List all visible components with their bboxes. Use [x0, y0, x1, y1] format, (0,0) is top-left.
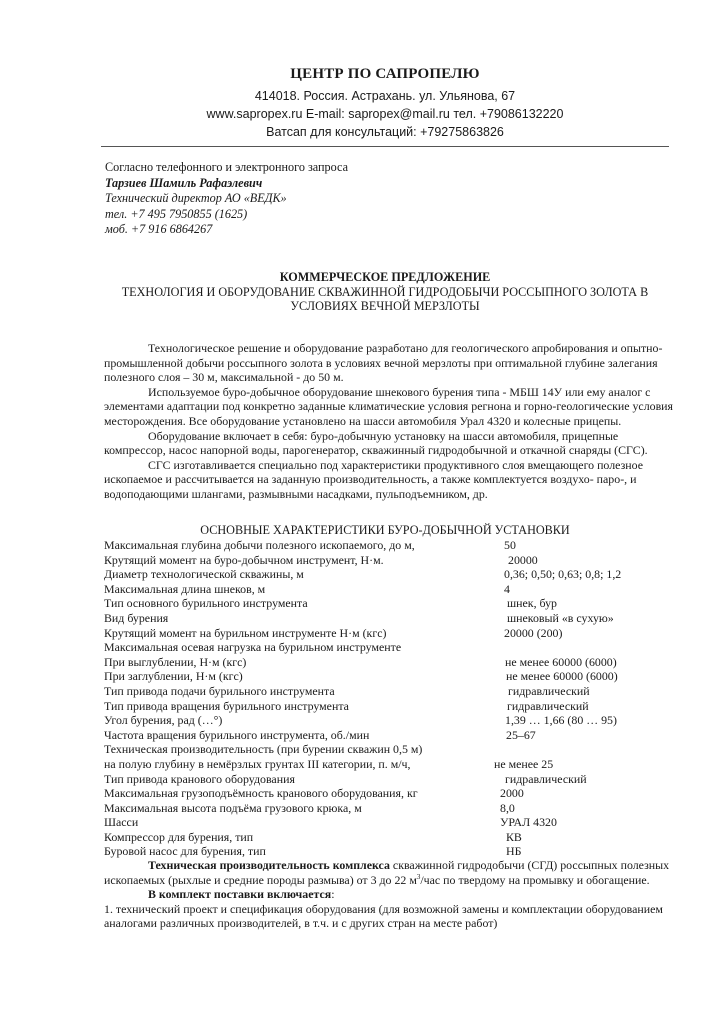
- spec-row: Тип привода кранового оборудованиягидрав…: [104, 772, 684, 787]
- specs-title: ОСНОВНЫЕ ХАРАКТЕРИСТИКИ БУРО-ДОБЫЧНОЙ УС…: [100, 523, 670, 538]
- spec-value: КВ: [506, 830, 522, 845]
- delivery-colon: :: [331, 887, 334, 901]
- spec-label: Тип привода кранового оборудования: [104, 772, 295, 787]
- spec-value: не менее 60000 (6000): [505, 655, 617, 670]
- org-address: 414018. Россия. Астрахань. ул. Ульянова,…: [100, 88, 670, 105]
- recipient-phone: тел. +7 495 7950855 (1625): [105, 207, 348, 223]
- spec-value: 8,0: [500, 801, 515, 816]
- spec-label: Максимальная осевая нагрузка на бурильно…: [104, 640, 401, 655]
- document-page: ЦЕНТР ПО САПРОПЕЛЮ 414018. Россия. Астра…: [0, 0, 724, 1024]
- spec-row: Максимальная осевая нагрузка на бурильно…: [104, 640, 684, 655]
- spec-value: 50: [504, 538, 516, 553]
- spec-row: Максимальная глубина добычи полезного ис…: [104, 538, 684, 553]
- spec-row: ШассиУРАЛ 4320: [104, 815, 684, 830]
- performance-lead: Техническая производительность комплекса: [148, 858, 390, 872]
- delivery-item-1: 1. технический проект и спецификация обо…: [104, 902, 680, 931]
- spec-row: Максимальная высота подъёма грузового кр…: [104, 801, 684, 816]
- org-title: ЦЕНТР ПО САПРОПЕЛЮ: [100, 66, 670, 83]
- spec-label: Крутящий момент на буро-добычном инструм…: [104, 553, 384, 568]
- closing-block: Техническая производительность комплекса…: [104, 858, 680, 931]
- spec-row: Угол бурения, рад (…°)1,39 … 1,66 (80 … …: [104, 713, 684, 728]
- spec-label: Частота вращения бурильного инструмента,…: [104, 728, 369, 743]
- recipient-name: Тарзиев Шамиль Рафаэлевич: [105, 176, 348, 192]
- spec-row: При выглублении, Н·м (кгс)не менее 60000…: [104, 655, 684, 670]
- recipient-mobile: моб. +7 916 6864267: [105, 222, 348, 238]
- spec-row: Частота вращения бурильного инструмента,…: [104, 728, 684, 743]
- spec-value: 20000: [508, 553, 538, 568]
- spec-value: 4: [504, 582, 510, 597]
- spec-value: УРАЛ 4320: [500, 815, 557, 830]
- spec-value: не менее 25: [494, 757, 553, 772]
- paragraph-sgs: СГС изготавливается специально под харак…: [104, 458, 680, 502]
- spec-row: Вид буренияшнековый «в сухую»: [104, 611, 684, 626]
- spec-label: Диаметр технологической скважины, м: [104, 567, 304, 582]
- spec-value: 0,36; 0,50; 0,63; 0,8; 1,2: [504, 567, 621, 582]
- delivery-heading: В комплект поставки включается: [148, 887, 331, 901]
- spec-label: Максимальная глубина добычи полезного ис…: [104, 538, 415, 553]
- spec-row: Техническая производительность (при буре…: [104, 742, 684, 757]
- paragraph-equipment-includes: Оборудование включает в себя: буро-добыч…: [104, 429, 680, 458]
- spec-row: Крутящий момент на буро-добычном инструм…: [104, 553, 684, 568]
- spec-value: гидравлический: [508, 684, 590, 699]
- org-contacts: www.sapropex.ru E-mail: sapropex@mail.ru…: [100, 106, 670, 123]
- offer-subtitle-line2: УСЛОВИЯХ ВЕЧНОЙ МЕРЗЛОТЫ: [100, 299, 670, 314]
- spec-label: Максимальная грузоподъёмность кранового …: [104, 786, 418, 801]
- performance-text-end: /час по твердому на промывку и обогащени…: [420, 873, 649, 887]
- spec-value: 2000: [500, 786, 524, 801]
- spec-label: Крутящий момент на бурильном инструменте…: [104, 626, 386, 641]
- spec-row: Диаметр технологической скважины, м0,36;…: [104, 567, 684, 582]
- spec-row: Буровой насос для бурения, типНБ: [104, 844, 684, 859]
- paragraph-equipment-type: Используемое буро-добычное оборудование …: [104, 385, 680, 429]
- spec-row: Тип привода подачи бурильного инструмент…: [104, 684, 684, 699]
- recipient-block: Согласно телефонного и электронного запр…: [105, 160, 348, 238]
- spec-row: на полую глубину в немёрзлых грунтах III…: [104, 757, 684, 772]
- spec-label: Техническая производительность (при буре…: [104, 742, 422, 757]
- spec-label: Шасси: [104, 815, 138, 830]
- spec-value: шнек, бур: [507, 596, 557, 611]
- spec-label: Вид бурения: [104, 611, 168, 626]
- spec-label: на полую глубину в немёрзлых грунтах III…: [104, 757, 410, 772]
- spec-label: Тип привода подачи бурильного инструмент…: [104, 684, 335, 699]
- spec-row: Тип привода вращения бурильного инструме…: [104, 699, 684, 714]
- specs-table: Максимальная глубина добычи полезного ис…: [104, 538, 684, 859]
- spec-label: Максимальная длина шнеков, м: [104, 582, 265, 597]
- performance-paragraph: Техническая производительность комплекса…: [104, 858, 680, 887]
- spec-label: Угол бурения, рад (…°): [104, 713, 222, 728]
- spec-value: не менее 60000 (6000): [506, 669, 618, 684]
- spec-label: Тип привода вращения бурильного инструме…: [104, 699, 349, 714]
- spec-value: НБ: [506, 844, 521, 859]
- spec-value: 20000 (200): [504, 626, 562, 641]
- spec-row: Максимальная длина шнеков, м4: [104, 582, 684, 597]
- spec-value: 1,39 … 1,66 (80 … 95): [505, 713, 617, 728]
- spec-row: При заглублении, Н·м (кгс)не менее 60000…: [104, 669, 684, 684]
- offer-heading: КОММЕРЧЕСКОЕ ПРЕДЛОЖЕНИЕ: [100, 270, 670, 285]
- spec-row: Крутящий момент на бурильном инструменте…: [104, 626, 684, 641]
- org-whatsapp: Ватсап для консультаций: +79275863826: [100, 124, 670, 141]
- spec-label: При выглублении, Н·м (кгс): [104, 655, 246, 670]
- header-divider: [101, 146, 669, 147]
- spec-label: Компрессор для бурения, тип: [104, 830, 253, 845]
- recipient-position: Технический директор АО «ВЕДК»: [105, 191, 348, 207]
- spec-label: Буровой насос для бурения, тип: [104, 844, 266, 859]
- paragraph-technology: Технологическое решение и оборудование р…: [104, 341, 680, 385]
- spec-row: Максимальная грузоподъёмность кранового …: [104, 786, 684, 801]
- spec-label: При заглублении, Н·м (кгс): [104, 669, 243, 684]
- spec-value: гидравлический: [507, 699, 589, 714]
- spec-value: 25–67: [506, 728, 536, 743]
- recipient-intro: Согласно телефонного и электронного запр…: [105, 160, 348, 176]
- offer-subtitle-line1: ТЕХНОЛОГИЯ И ОБОРУДОВАНИЕ СКВАЖИННОЙ ГИД…: [100, 285, 670, 300]
- spec-row: Компрессор для бурения, типКВ: [104, 830, 684, 845]
- spec-value: шнековый «в сухую»: [507, 611, 614, 626]
- intro-paragraphs: Технологическое решение и оборудование р…: [104, 341, 680, 502]
- spec-label: Тип основного бурильного инструмента: [104, 596, 308, 611]
- spec-row: Тип основного бурильного инструменташнек…: [104, 596, 684, 611]
- offer-title-block: КОММЕРЧЕСКОЕ ПРЕДЛОЖЕНИЕ ТЕХНОЛОГИЯ И ОБ…: [100, 270, 670, 314]
- spec-label: Максимальная высота подъёма грузового кр…: [104, 801, 362, 816]
- spec-value: гидравлический: [505, 772, 587, 787]
- delivery-heading-line: В комплект поставки включается:: [104, 887, 680, 902]
